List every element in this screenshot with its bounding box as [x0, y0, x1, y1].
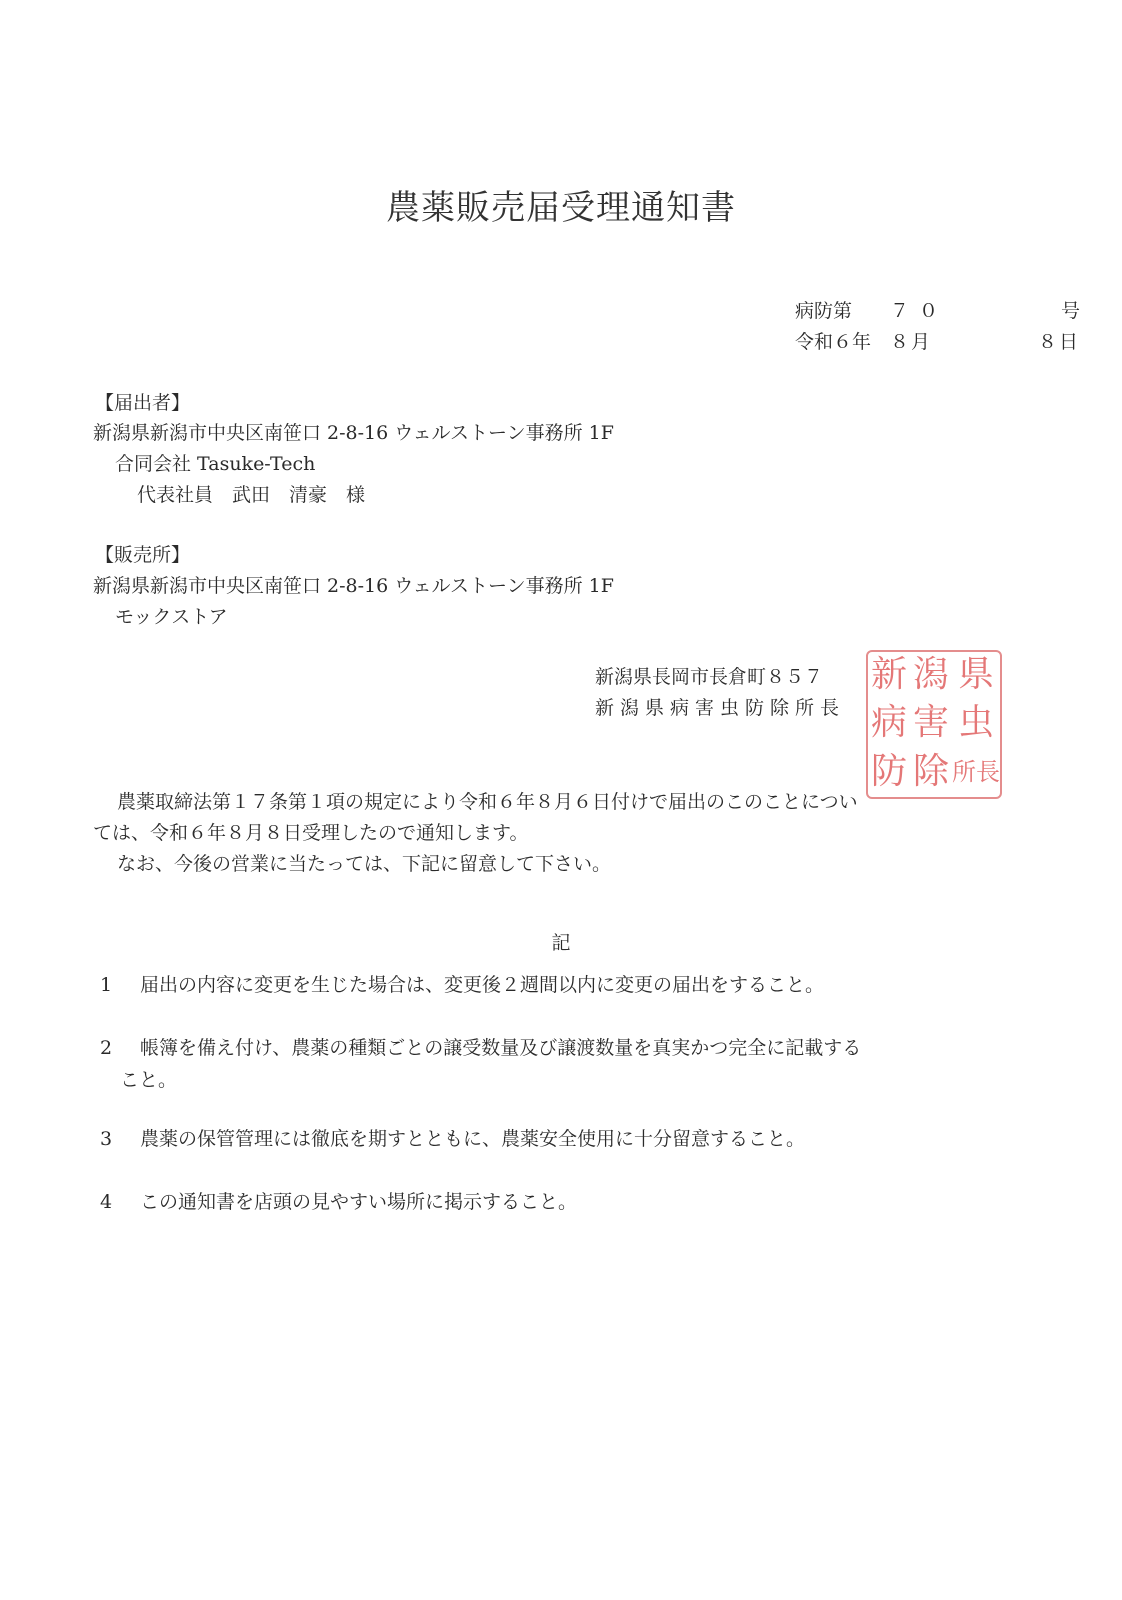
- store-heading: 【販売所】: [95, 540, 190, 570]
- issuer-name: 新潟県病害虫防除所長: [595, 693, 845, 723]
- seal-char: 除: [910, 749, 952, 797]
- reference-number-value: ７０: [890, 296, 1000, 327]
- seal-char: 新: [868, 652, 910, 700]
- reference-number-suffix: 号: [1000, 296, 1080, 327]
- store-name: モックストア: [115, 602, 228, 632]
- issuer-address: 新潟県長岡市長倉町８５７: [595, 662, 823, 692]
- reference-number-label: 病防第: [795, 296, 890, 327]
- item-4-number: 4: [100, 1187, 112, 1217]
- item-3-text: 農薬の保管管理には徹底を期すとともに、農薬安全使用に十分留意すること。: [140, 1124, 805, 1154]
- store-address: 新潟県新潟市中央区南笹口 2-8-16 ウェルストーン事務所 1F: [93, 571, 614, 601]
- notifier-heading: 【届出者】: [95, 388, 190, 418]
- seal-char: 病: [868, 700, 910, 748]
- body-line-2: ては、令和６年８月８日受理したので通知します。: [93, 818, 528, 848]
- seal-char: 防: [868, 749, 910, 797]
- item-3-number: 3: [100, 1124, 112, 1154]
- date-month: ８月: [890, 327, 1000, 358]
- item-2-number: 2: [100, 1033, 112, 1063]
- seal-char: 所長: [952, 749, 1000, 797]
- item-2-continuation: こと。: [120, 1065, 177, 1095]
- seal-char: 害: [910, 700, 952, 748]
- item-2-text: 帳簿を備え付け、農薬の種類ごとの譲受数量及び譲渡数量を真実かつ完全に記載する: [140, 1033, 861, 1063]
- item-1-number: 1: [100, 970, 112, 1000]
- notifier-address: 新潟県新潟市中央区南笹口 2-8-16 ウェルストーン事務所 1F: [93, 418, 614, 448]
- document-title: 農薬販売届受理通知書: [0, 180, 1122, 229]
- body-line-1: 農薬取締法第１７条第１項の規定により令和６年８月６日付けで届出のこのことについ: [117, 787, 858, 817]
- date-era: 令和６年: [795, 327, 890, 358]
- notifier-representative: 代表社員 武田 清豪 様: [137, 480, 365, 510]
- seal-char: 県: [952, 652, 1000, 700]
- ki-heading: 記: [0, 928, 1122, 955]
- official-seal: 新 潟 県 病 害 虫 防 除 所長: [866, 650, 1002, 799]
- date-day: ８日: [1000, 327, 1080, 358]
- item-4-text: この通知書を店頭の見やすい場所に掲示すること。: [140, 1187, 577, 1217]
- item-1-text: 届出の内容に変更を生じた場合は、変更後２週間以内に変更の届出をすること。: [140, 970, 824, 1000]
- seal-char: 虫: [952, 700, 1000, 748]
- notifier-company: 合同会社 Tasuke-Tech: [115, 449, 315, 479]
- seal-char: 潟: [910, 652, 952, 700]
- reference-block: 病防第 ７０ 号 令和６年 ８月 ８日: [795, 296, 1080, 358]
- body-line-3: なお、今後の営業に当たっては、下記に留意して下さい。: [117, 849, 611, 879]
